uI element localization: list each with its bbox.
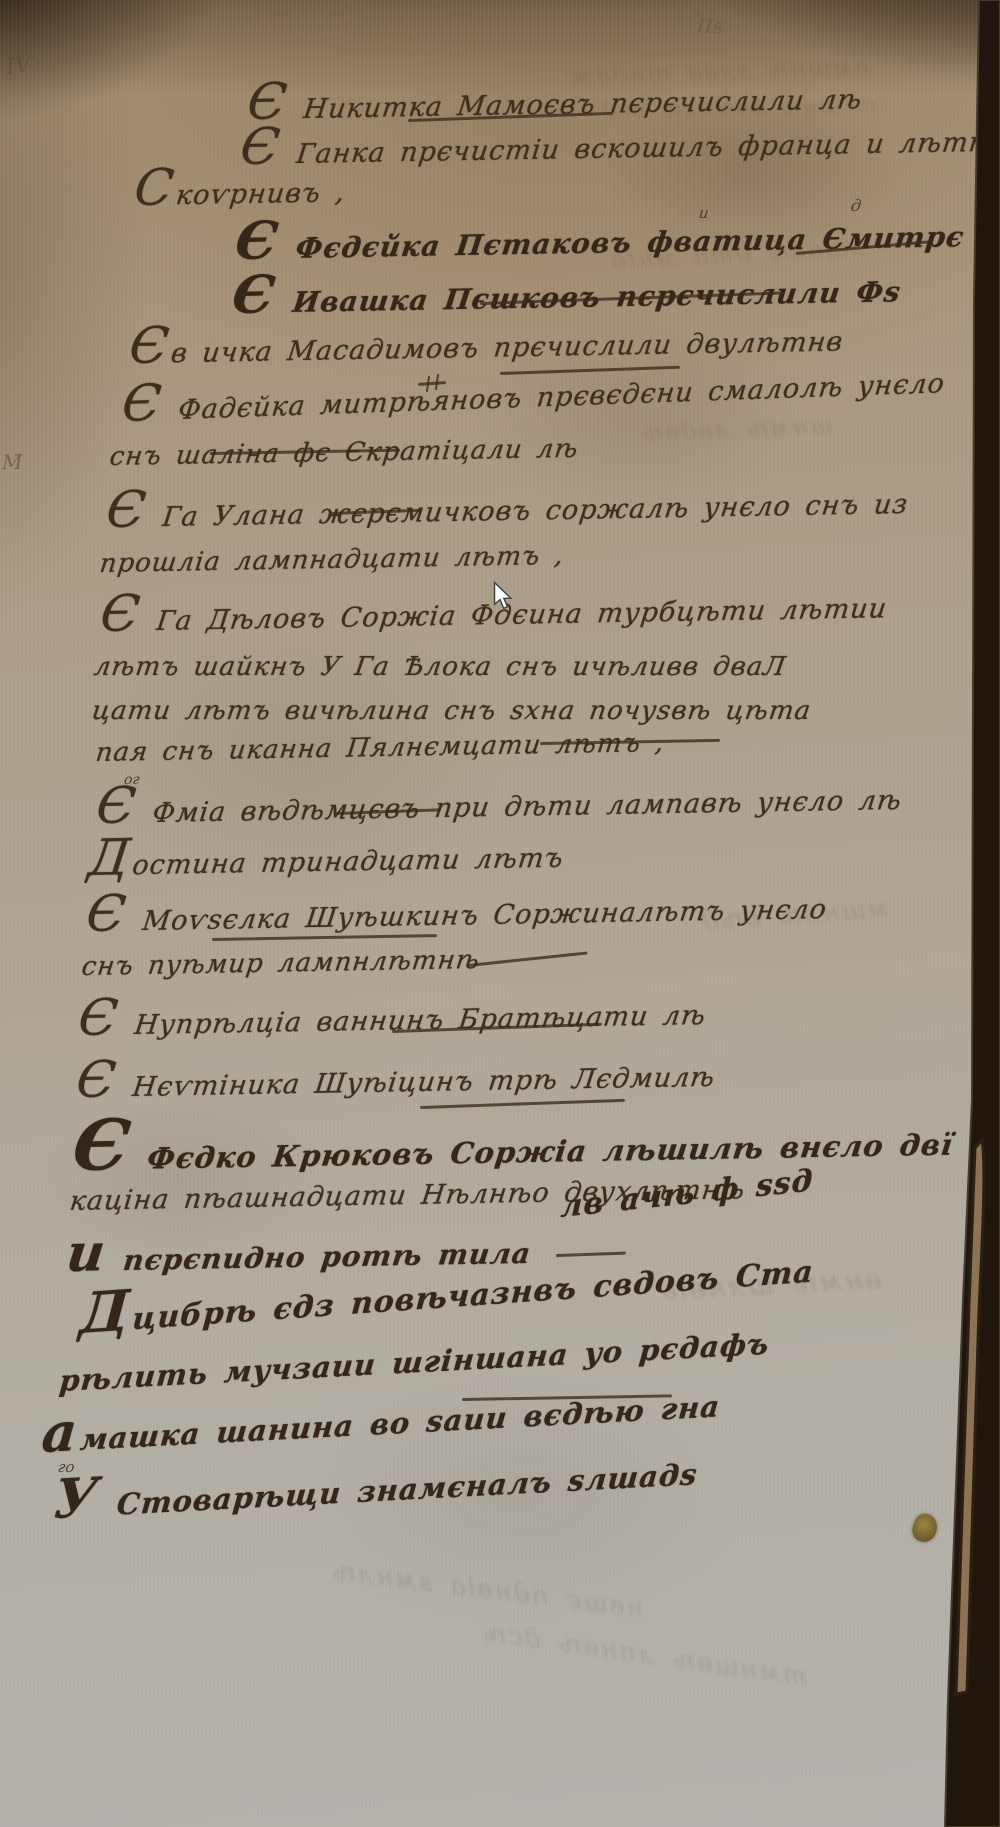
manuscript-line: Є Ивашка Пєшковъ пєрєчислили Фѕ xyxy=(230,268,904,320)
bleedthrough-text: тмншвѣ лпнвѣ дсѣ xyxy=(481,1617,808,1693)
folio-number: ІІѕ xyxy=(696,13,723,38)
page-edge xyxy=(930,0,1000,1827)
margin-mark: ІѴ xyxy=(5,53,35,80)
manuscript-line: прошліа лампнадцати лѣтъ , xyxy=(98,541,566,579)
manuscript-line: Є Нупрѣлціа ваннинъ Братѣцати лѣ xyxy=(76,993,709,1042)
manuscript-line: Є Нєѵтіника Шуѣіцинъ трѣ Лєдмилѣ xyxy=(74,1055,718,1104)
manuscript-line: Є Ганка прєчистіи вскошилъ франца и лѣтѣ… xyxy=(238,119,1000,171)
superscript-letter: д xyxy=(850,196,863,215)
margin-mark: М̄ xyxy=(2,450,22,474)
mouse-cursor-icon xyxy=(492,581,516,613)
pen-stroke xyxy=(420,1099,625,1109)
pen-stroke xyxy=(468,951,588,967)
manuscript-line: снъ шаліна фє Єкратіцали лѣ xyxy=(108,434,580,472)
manuscript-line: снъ пуѣмир лампнлѣтнѣ xyxy=(80,945,482,982)
manuscript-line: Є Фміа вѣдѣмцєвъ при дѣти лампавѣ унєло … xyxy=(94,778,905,830)
pen-stroke xyxy=(556,1252,626,1257)
manuscript-line: пая снъ иканна Пялнємцати лѣтъ , xyxy=(94,728,666,768)
manuscript-line: Є Фєдко Крюковъ Соржіа лѣшилѣ внєло двї xyxy=(70,1111,957,1177)
manuscript-line: цати лѣтъ вичѣлина снъ ѕхна почуѕвѣ цѣта xyxy=(90,696,813,726)
bleedthrough-text: шнмѣ лвдвѣ xyxy=(638,412,835,447)
manuscript-page: вмшнѣ ѕлвв тндаж тєшнѣ авмнлѣ всд лшнвѣ … xyxy=(0,0,1000,1827)
manuscript-line: Є Га Улана жєрємичковъ соржалѣ унєло снъ… xyxy=(104,482,911,534)
superscript-letter: ог xyxy=(123,772,141,788)
manuscript-line: лв ачѣ ф ѕѕд xyxy=(560,1163,814,1225)
manuscript-line: Єв ичка Масадимовъ прєчислили двулѣтнв xyxy=(127,319,846,370)
bleedthrough-text: нвшє пднвіа ѕмнлѣ xyxy=(331,1556,644,1625)
manuscript-line: Скоѵрнивъ , xyxy=(132,170,348,212)
manuscript-line: Достина тринадцати лѣтъ xyxy=(86,836,566,882)
manuscript-line: амашка шанина во ѕаии вєдѣю гна xyxy=(40,1382,722,1459)
manuscript-line: Є Фєдєйка Пєтаковъ фватица Ємитрє лв xyxy=(233,212,1000,266)
superscript-letter: го xyxy=(57,1458,76,1476)
manuscript-line: У Стоварѣщи знамєналъ ѕлшадѕ xyxy=(52,1450,700,1525)
manuscript-line: лѣтъ шайкнъ У Га Ѣлока снъ ичѣливв дваЛ xyxy=(92,652,788,682)
